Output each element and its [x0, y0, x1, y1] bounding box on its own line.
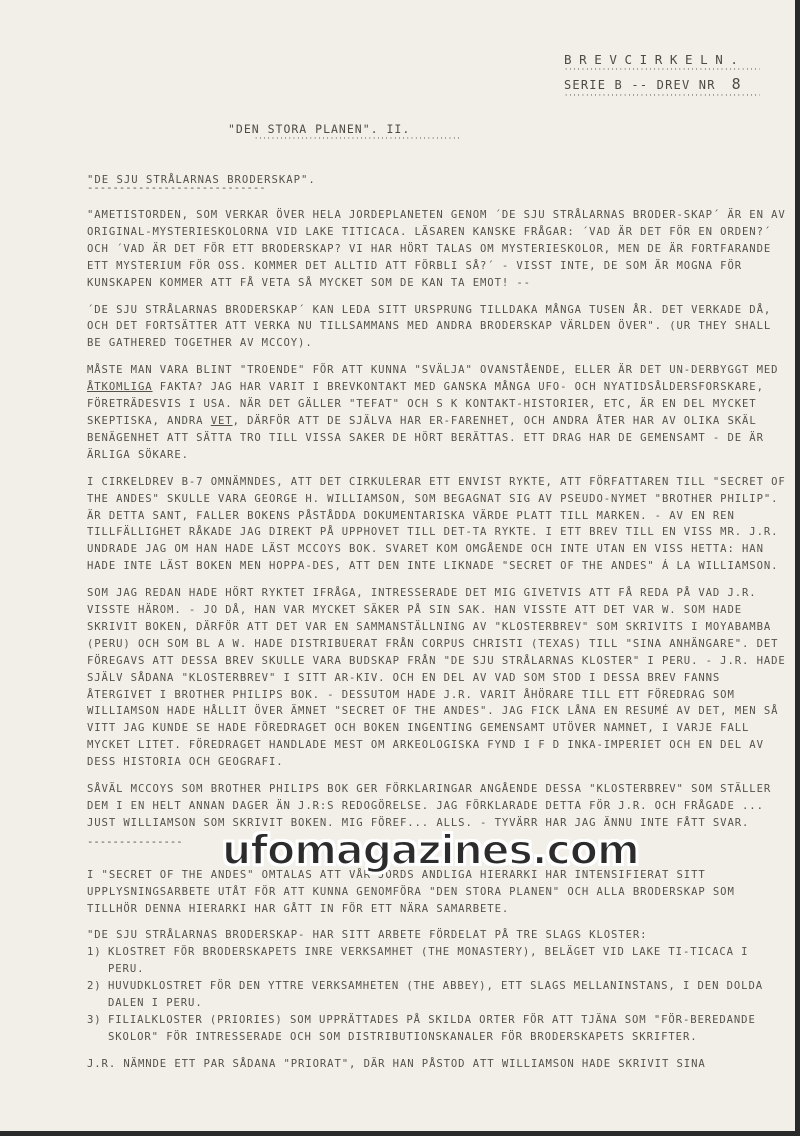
title-rule: ''''''''''''''''''''''''''''''''''''''''…: [254, 136, 460, 144]
series-line: Serie B -- drev nr8: [564, 75, 760, 93]
emphasis-vet: vet: [211, 415, 233, 427]
header-rule: ''''''''''''''''''''''''''''''''''''''''…: [564, 67, 760, 75]
section-heading-underline: ------------------------------------: [87, 186, 267, 191]
paragraph-hierarchy: I "Secret of the Andes" omtalas att vår …: [87, 867, 787, 918]
paragraph-quote-origin: ´De sju strålarnas Broderskap´ kan leda …: [87, 302, 787, 353]
watermark-logo: ufomagazines.com: [222, 826, 639, 874]
header-rule-2: ''''''''''''''''''''''''''''''''''''''''…: [564, 93, 760, 101]
list-item: 2)Huvudklostret för den yttre verksamhet…: [87, 978, 787, 1012]
issue-number: 8: [732, 75, 742, 93]
article-body: "Ametistorden, som verkar över hela jord…: [87, 207, 787, 1083]
paragraph-quote-intro: "Ametistorden, som verkar över hela jord…: [87, 207, 787, 292]
list-item: 1)Klostret för Broderskapets inre verksa…: [87, 944, 787, 978]
series-label: Serie B -- drev nr: [564, 78, 716, 92]
paragraph-three-kinds: "De sju strålarnas Broderskap- har sitt …: [87, 927, 787, 944]
article-title-text: "DEN STORA PLANEN". II.: [228, 122, 410, 136]
paragraph-rumour: I cirkeldrev B-7 omnämndes, att det cirk…: [87, 474, 787, 575]
section-heading-text: "De sju strålarnas Broderskap".: [87, 174, 316, 186]
emphasis-atkomliga: åtkomliga: [87, 381, 153, 393]
paragraph-jr-account: Som jag redan hade hört ryktet ifråga, i…: [87, 585, 787, 771]
list-item: 3)Filialkloster (Priories) som upprättad…: [87, 1012, 787, 1046]
article-title: "DEN STORA PLANEN". II. ''''''''''''''''…: [228, 122, 460, 144]
newsletter-name: BREVCIRKELN.: [564, 52, 760, 67]
paragraph-closing: J.R. nämnde ett par sådana "priorat", dä…: [87, 1056, 787, 1073]
paragraph-believers: Måste man vara blint "troende" för att k…: [87, 362, 787, 463]
paragraph-explanations: Såväl McCoys som Brother Philips bok ger…: [87, 781, 787, 832]
scanned-page: BREVCIRKELN. '''''''''''''''''''''''''''…: [0, 0, 795, 1131]
monastery-list: 1)Klostret för Broderskapets inre verksa…: [87, 944, 787, 1045]
section-heading: "De sju strålarnas Broderskap". --------…: [87, 174, 316, 191]
newsletter-header: BREVCIRKELN. '''''''''''''''''''''''''''…: [564, 52, 760, 101]
